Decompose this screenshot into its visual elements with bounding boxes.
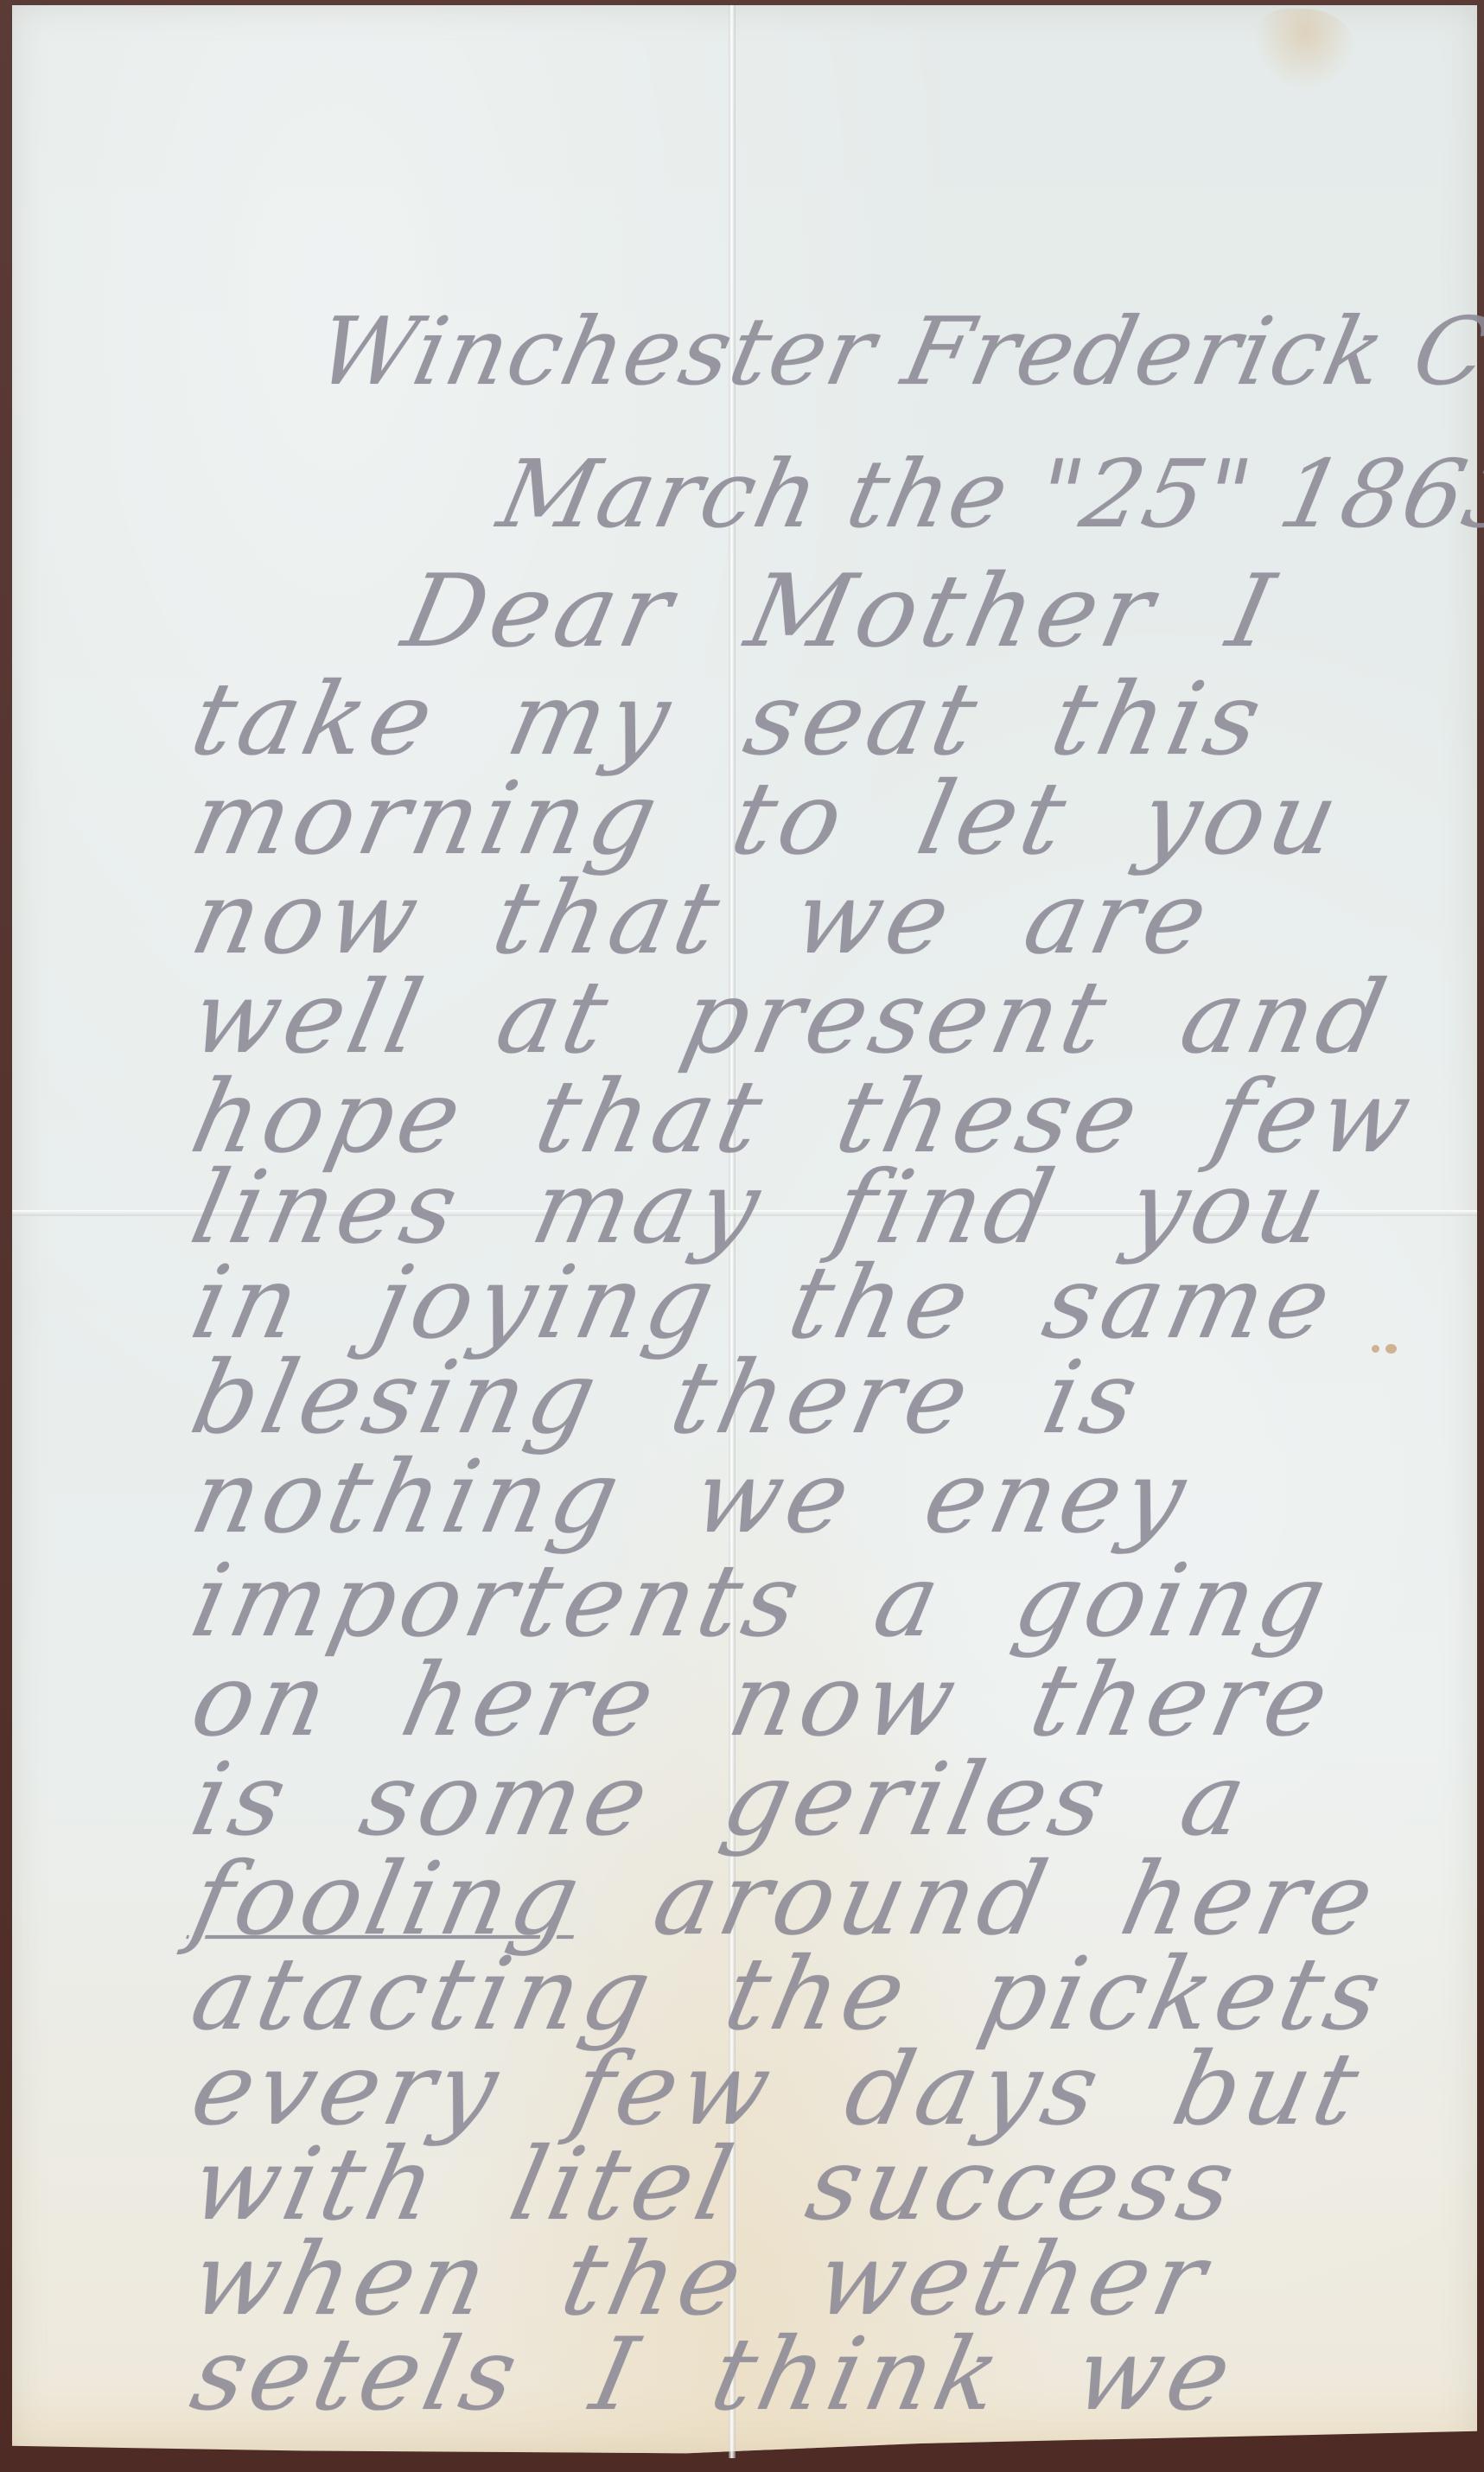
salutation: Dear Mother I [394,553,1289,670]
letter-date: March the "25" 1863 [490,441,1484,549]
letter-text: Winchester Frederick Co Va March the "25… [0,0,1484,2472]
body-line: setels I think we [182,2316,1246,2433]
letter-place: Winchester Frederick Co Va [309,298,1484,406]
body-line: nothing we eney [182,1439,1201,1556]
